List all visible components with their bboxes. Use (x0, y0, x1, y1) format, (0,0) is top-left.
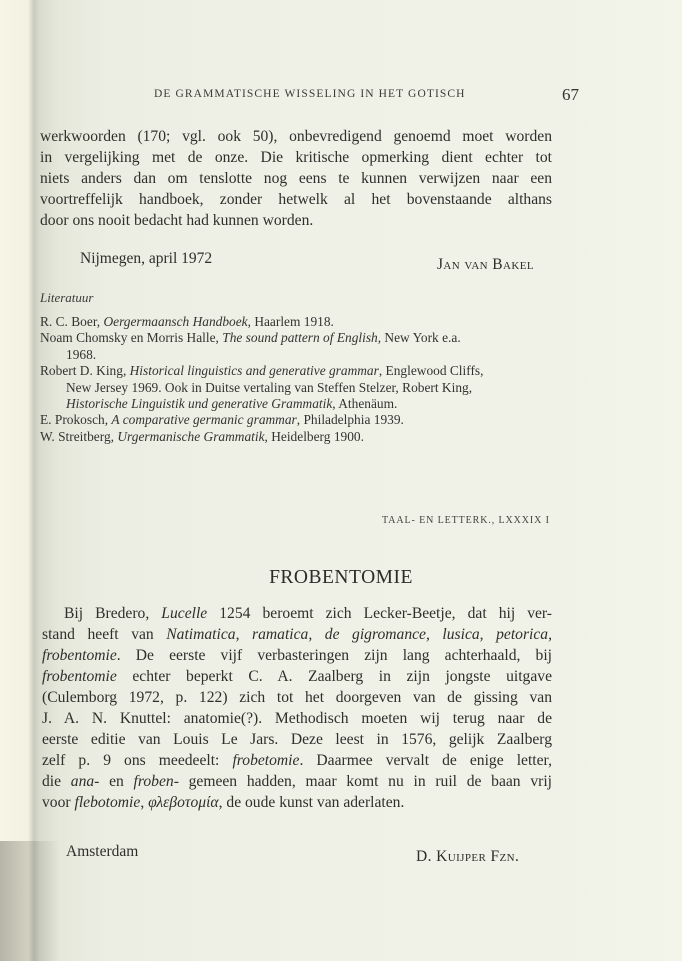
text-line: niets anders dan om tenslotte nog eens t… (40, 168, 552, 189)
text-run: zelf p. 9 ons meedeelt: (42, 752, 232, 769)
reference-continuation: New Jersey 1969. Ook in Duitse vertaling… (40, 380, 570, 396)
ref-details: New Jersey 1969. Ook in Duitse vertaling… (40, 380, 472, 395)
signature-author: Jan van Bakel (437, 256, 534, 274)
reference-item: Noam Chomsky en Morris Halle, The sound … (40, 330, 570, 346)
italic-run: ana (71, 773, 94, 790)
ref-details: , Haarlem 1918. (248, 314, 334, 329)
article-title: FROBENTOMIE (0, 567, 682, 589)
running-head: DE GRAMMATISCHE WISSELING IN HET GOTISCH (154, 88, 466, 100)
ref-title: Historical linguistics and generative gr… (130, 363, 379, 378)
text-line: door ons nooit bedacht had kunnen worden… (40, 210, 552, 231)
signature-place: Nijmegen, april 1972 (80, 250, 212, 268)
page-number: 67 (562, 85, 579, 105)
text-line: werkwoorden (170; vgl. ook 50), onbevred… (40, 126, 552, 147)
text-run: echter beperkt C. A. Zaalberg in zijn jo… (117, 668, 552, 685)
ref-details: , Philadelphia 1939. (297, 412, 404, 427)
ref-details: , Englewood Cliffs, (379, 363, 484, 378)
text-line: stand heeft van Natimatica, ramatica, de… (42, 624, 552, 645)
text-run: . De eerste vijf verbasteringen zijn lan… (117, 647, 552, 664)
reference-item: Robert D. King, Historical linguistics a… (40, 363, 570, 379)
text-line: die ana- en froben- gemeen hadden, maar … (42, 771, 552, 792)
ref-details: , Athenäum. (332, 396, 397, 411)
ref-title: A comparative germanic grammar (111, 412, 296, 427)
text-run: - en (94, 773, 133, 790)
text-run: stand heeft van (42, 626, 166, 643)
text-line: Bij Bredero, Lucelle 1254 beroemt zich L… (42, 603, 552, 624)
text-run: (Culemborg 1972, p. 122) zich tot het do… (42, 689, 552, 706)
reference-continuation: Historische Linguistik und generative Gr… (40, 396, 570, 412)
text-line: in vergelijking met de onze. Die kritisc… (40, 147, 552, 168)
ref-title: Historische Linguistik und generative Gr… (66, 396, 332, 411)
ref-author: R. C. Boer, (40, 314, 103, 329)
text-line: J. A. N. Knuttel: anatomie(?). Methodisc… (42, 708, 552, 729)
italic-run: Lucelle (161, 605, 207, 622)
signature-place: Amsterdam (66, 843, 138, 861)
ref-details: , Heidelberg 1900. (265, 429, 364, 444)
text-line: voor flebotomie, φλεβοτομία, de oude kun… (42, 792, 552, 813)
text-line: frobentomie. De eerste vijf verbastering… (42, 645, 552, 666)
ref-title: Urgermanische Grammatik (117, 429, 264, 444)
ref-author: Robert D. King, (40, 363, 130, 378)
italic-run: froben (134, 773, 174, 790)
journal-signature-mark: TAAL- EN LETTERK., LXXXIX I (382, 515, 550, 526)
ref-author: Noam Chomsky en Morris Halle, (40, 330, 222, 345)
reference-item: E. Prokosch, A comparative germanic gram… (40, 412, 570, 428)
reference-list: R. C. Boer, Oergermaansch Handboek, Haar… (40, 314, 570, 445)
italic-run: φλεβοτομία (148, 794, 218, 811)
text-run: , (140, 794, 148, 811)
ref-author: W. Streitberg, (40, 429, 117, 444)
text-run: , de oude kunst van aderlaten. (219, 794, 405, 811)
reference-item: R. C. Boer, Oergermaansch Handboek, Haar… (40, 314, 570, 330)
reference-continuation: 1968. (40, 347, 570, 363)
ref-title: The sound pattern of English (222, 330, 377, 345)
text-run: voor (42, 794, 74, 811)
reference-item: W. Streitberg, Urgermanische Grammatik, … (40, 429, 570, 445)
ref-title: Oergermaansch Handboek (103, 314, 247, 329)
italic-run: frobentomie (42, 647, 117, 664)
text-run: - gemeen hadden, maar komt nu in ruil de… (174, 773, 552, 790)
first-article-closing-paragraph: werkwoorden (170; vgl. ook 50), onbevred… (40, 126, 552, 231)
text-line: zelf p. 9 ons meedeelt: frobetomie. Daar… (42, 750, 552, 771)
second-article-paragraph: Bij Bredero, Lucelle 1254 beroemt zich L… (42, 603, 552, 813)
text-run: eerste editie van Louis Le Jars. Deze le… (42, 731, 552, 748)
text-line: eerste editie van Louis Le Jars. Deze le… (42, 729, 552, 750)
text-line: voortreffelijk handboek, zonder hetwelk … (40, 189, 552, 210)
gutter-shadow (0, 841, 60, 961)
text-run: J. A. N. Knuttel: anatomie(?). Methodisc… (42, 710, 552, 727)
text-run: . Daarmee vervalt de enige letter, (299, 752, 552, 769)
italic-run: frobentomie (42, 668, 117, 685)
text-line: (Culemborg 1972, p. 122) zich tot het do… (42, 687, 552, 708)
ref-details: , New York e.a. (378, 330, 461, 345)
italic-run: Natimatica, ramatica, de gigromance, lus… (166, 626, 552, 643)
literature-heading: Literatuur (40, 290, 93, 306)
ref-author: E. Prokosch, (40, 412, 111, 427)
text-run: die (42, 773, 71, 790)
text-line: frobentomie echter beperkt C. A. Zaalber… (42, 666, 552, 687)
text-run: 1254 beroemt zich Lecker-Beetje, dat hij… (207, 605, 552, 622)
ref-details: 1968. (40, 347, 96, 362)
signature-author: D. Kuijper Fzn. (416, 848, 519, 866)
text-run: Bij Bredero, (64, 605, 161, 622)
italic-run: flebotomie (74, 794, 140, 811)
italic-run: frobetomie (232, 752, 299, 769)
